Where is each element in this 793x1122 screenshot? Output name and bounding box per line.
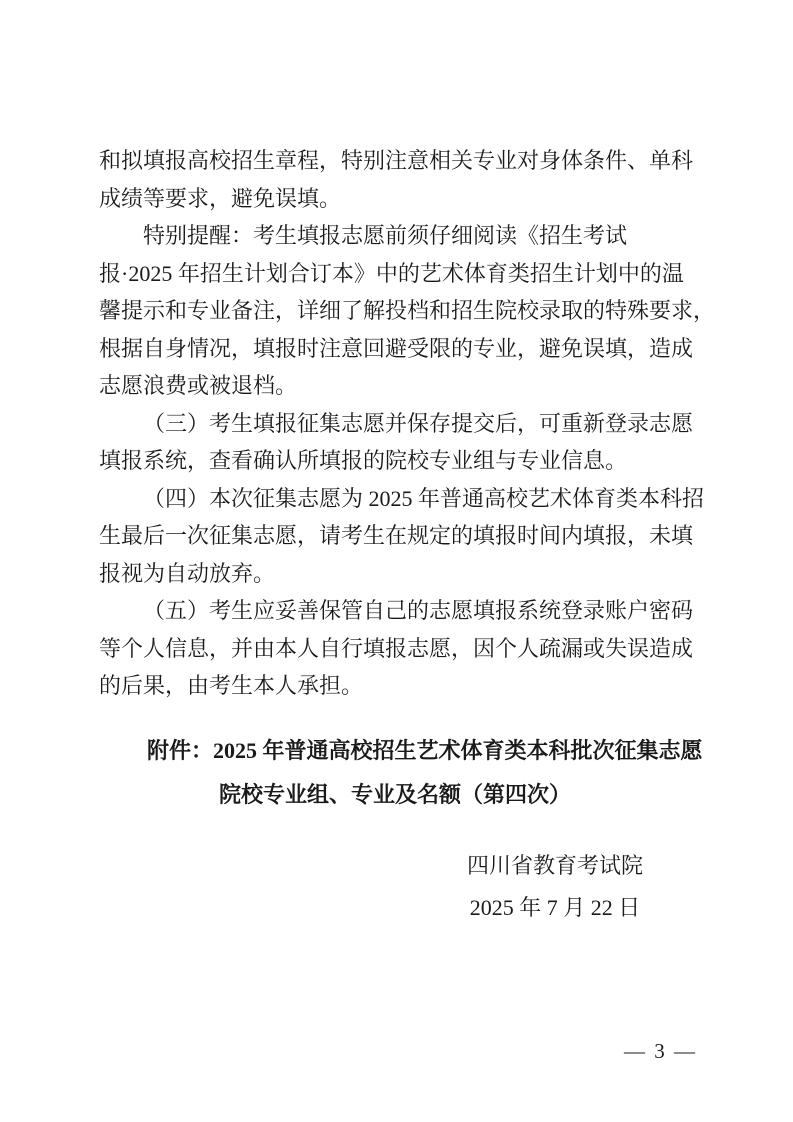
text-line: （五）考生应妥善保管自己的志愿填报系统登录账户密码 [99, 592, 705, 630]
text-line: 和拟填报高校招生章程，特别注意相关专业对身体条件、单科 [99, 142, 705, 180]
page-number: — 3 — [624, 1038, 697, 1064]
text-line: 成绩等要求，避免误填。 [99, 180, 705, 218]
text-line: 根据自身情况，填报时注意回避受限的专业，避免误填，造成 [99, 330, 705, 368]
attachment-block: 附件：2025 年普通高校招生艺术体育类本科批次征集志愿 院校专业组、专业及名额… [147, 729, 705, 817]
text-line: （三）考生填报征集志愿并保存提交后，可重新登录志愿 [99, 405, 705, 443]
text-line: 等个人信息，并由本人自行填报志愿，因个人疏漏或失误造成 [99, 630, 705, 668]
text-line: 报·2025 年招生计划合订本》中的艺术体育类招生计划中的温 [99, 255, 705, 293]
text-line: 生最后一次征集志愿，请考生在规定的填报时间内填报，未填 [99, 517, 705, 555]
text-line: （四）本次征集志愿为 2025 年普通高校艺术体育类本科招 [99, 480, 705, 518]
document-body: 和拟填报高校招生章程，特别注意相关专业对身体条件、单科成绩等要求，避免误填。特别… [99, 142, 705, 929]
attachment-title-line-2: 院校专业组、专业及名额（第四次） [219, 773, 705, 817]
body-paragraph-lines: 和拟填报高校招生章程，特别注意相关专业对身体条件、单科成绩等要求，避免误填。特别… [99, 142, 705, 705]
text-line: 馨提示和专业备注，详细了解投档和招生院校录取的特殊要求， [99, 292, 705, 330]
document-page: 和拟填报高校招生章程，特别注意相关专业对身体条件、单科成绩等要求，避免误填。特别… [0, 0, 793, 1122]
text-line: 报视为自动放弃。 [99, 555, 705, 593]
text-line: 的后果，由考生本人承担。 [99, 667, 705, 705]
issuing-authority: 四川省教育考试院 [415, 845, 695, 887]
text-line: 特别提醒：考生填报志愿前须仔细阅读《招生考试 [99, 217, 705, 255]
attachment-line-1: 附件：2025 年普通高校招生艺术体育类本科批次征集志愿 [147, 729, 705, 773]
attachment-title-line-1: 2025 年普通高校招生艺术体育类本科批次征集志愿 [213, 738, 703, 763]
issue-date: 2025 年 7 月 22 日 [415, 887, 695, 929]
attachment-label: 附件： [147, 738, 213, 763]
text-line: 填报系统，查看确认所填报的院校专业组与专业信息。 [99, 442, 705, 480]
text-line: 志愿浪费或被退档。 [99, 367, 705, 405]
signature-block: 四川省教育考试院 2025 年 7 月 22 日 [415, 845, 695, 929]
